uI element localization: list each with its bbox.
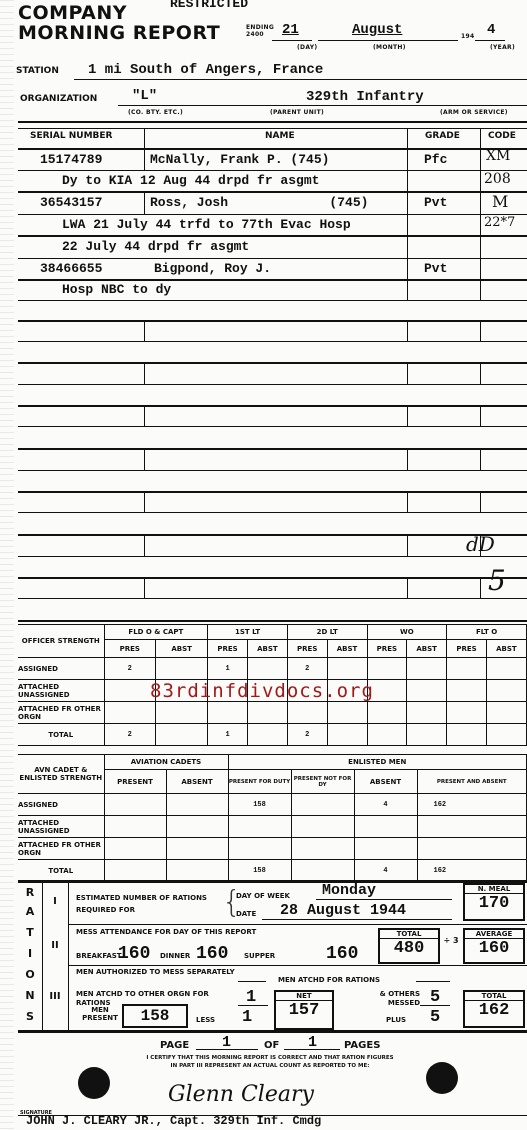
handwritten-signature: Glenn Cleary — [168, 1082, 314, 1107]
cell: 162 — [417, 860, 527, 882]
cell — [156, 658, 208, 680]
of-label: OF — [264, 1040, 279, 1051]
less-label: LESS — [196, 1016, 215, 1024]
sub-header: PRESENT NOT FOR DY — [291, 770, 354, 794]
cell: 162 — [417, 794, 527, 816]
soldier-name: McNally, Frank P. (745) — [150, 152, 329, 167]
section-i-number: I — [44, 896, 66, 907]
dinner-value: 160 — [196, 944, 228, 964]
cell: 1 — [208, 724, 248, 746]
sub-header: PRES — [104, 640, 156, 658]
morning-report-page: RESTRICTED COMPANY MORNING REPORT ENDING… — [0, 0, 527, 1130]
sub-header: PRESENT — [104, 770, 166, 794]
rations-required-label: ESTIMATED NUMBER OF RATIONS REQUIRED FOR — [76, 892, 216, 916]
row-label: ATTACHED UNASSIGNED — [18, 816, 104, 838]
side-letter: N — [22, 989, 38, 1002]
sub-header: ABSENT — [166, 770, 228, 794]
date-label: DATE — [236, 910, 256, 918]
sub-header: PRESENT FOR DUTY — [228, 770, 291, 794]
cell — [367, 658, 407, 680]
mess-separately-label: MEN AUTHORIZED TO MESS SEPARATELY — [76, 968, 236, 977]
others-messed-label: & OTHERS MESSED — [360, 990, 420, 1008]
report-day: 21 — [282, 22, 299, 38]
group-header: FLT O — [447, 625, 527, 640]
group-header: ENLISTED MEN — [228, 755, 527, 770]
plus-value: 5 — [430, 1008, 440, 1027]
code: 22*7 — [484, 215, 515, 230]
serial-number: 15174789 — [40, 152, 102, 167]
pages-label: PAGES — [344, 1040, 380, 1051]
average-value: 160 — [465, 939, 523, 958]
report-title-line1: COMPANY — [18, 2, 127, 24]
divide-by-3: ÷ 3 — [443, 936, 459, 945]
cell — [247, 658, 287, 680]
company-value: "L" — [132, 88, 157, 104]
col-grade-header: GRADE — [425, 131, 460, 141]
meals-label: N. MEAL — [465, 885, 523, 894]
watermark: 83rdinfdivdocs.org — [150, 680, 374, 702]
cell — [327, 724, 367, 746]
margin-note: dD — [466, 532, 495, 556]
group-header: FLD O & CAPT — [104, 625, 208, 640]
cell — [166, 794, 228, 816]
atchd-other-orgn-value: 1 — [246, 988, 256, 1007]
row-label: ASSIGNED — [18, 658, 104, 680]
remark-text: LWA 21 July 44 trfd to 77th Evac Hosp — [62, 217, 351, 232]
attendance-total-value: 480 — [380, 939, 438, 958]
enlisted-strength-title: AVN CADET & ENLISTED STRENGTH — [18, 755, 104, 794]
remark-text: Dy to KIA 12 Aug 44 drpd fr asgmt — [62, 173, 319, 188]
section-iii-number: III — [44, 991, 66, 1002]
group-header: 2D LT — [287, 625, 367, 640]
net-box: NET 157 — [274, 990, 334, 1030]
cell — [291, 794, 354, 816]
organization-label: ORGANIZATION — [20, 94, 97, 104]
day-of-week-label: DAY OF WEEK — [236, 892, 290, 900]
breakfast-value: 160 — [118, 944, 150, 964]
officer-strength-title: OFFICER STRENGTH — [18, 625, 104, 658]
meals-value: 170 — [465, 894, 523, 913]
enlisted-strength-table: AVN CADET & ENLISTED STRENGTH AVIATION C… — [18, 754, 527, 882]
cell: 1 — [208, 658, 248, 680]
parent-unit-value: 329th Infantry — [306, 89, 424, 105]
century-prefix: 194 — [461, 33, 474, 40]
cell — [156, 724, 208, 746]
cell: 4 — [354, 860, 417, 882]
sub-header: ABSENT — [354, 770, 417, 794]
sub-header: ABST — [156, 640, 208, 658]
page-number: 1 — [222, 1034, 231, 1051]
breakfast-label: BREAKFAST — [76, 952, 122, 960]
cell: 158 — [228, 794, 291, 816]
side-letter: O — [22, 968, 38, 981]
cell — [407, 724, 447, 746]
sub-header: ABST — [327, 640, 367, 658]
side-letter: A — [22, 905, 38, 918]
group-header: WO — [367, 625, 447, 640]
row-label: ATTACHED UNASSIGNED — [18, 680, 104, 702]
col-code-header: CODE — [488, 131, 516, 141]
net-label: NET — [276, 992, 332, 1001]
margin-note: 5 — [488, 564, 506, 597]
report-title-line2: MORNING REPORT — [18, 22, 220, 44]
total-label: TOTAL — [380, 930, 438, 939]
certification-statement: I CERTIFY THAT THIS MORNING REPORT IS CO… — [145, 1054, 395, 1070]
cell — [104, 794, 166, 816]
side-letter: R — [22, 886, 38, 899]
punch-hole-right — [426, 1062, 458, 1094]
men-present-box: 158 — [122, 1004, 188, 1028]
cell — [447, 658, 487, 680]
co-caption: (CO. BTY. ETC.) — [128, 109, 183, 116]
total-pages: 1 — [308, 1034, 317, 1051]
cell — [447, 724, 487, 746]
month-caption: (MONTH) — [373, 44, 406, 51]
cell — [486, 724, 526, 746]
sub-header: ABST — [486, 640, 526, 658]
ending-label: ENDING 2400 — [246, 24, 270, 38]
col-serial-header: SERIAL NUMBER — [30, 131, 112, 141]
cell: 2 — [104, 658, 156, 680]
row-label: TOTAL — [18, 724, 104, 746]
meals-box: N. MEAL 170 — [463, 883, 525, 921]
cell — [407, 658, 447, 680]
officer-row-assigned: ASSIGNED 2 1 2 — [18, 658, 527, 680]
grade: Pvt — [424, 195, 447, 210]
plus-label: PLUS — [386, 1016, 406, 1024]
sub-header: PRES — [208, 640, 248, 658]
average-box: AVERAGE 160 — [463, 928, 525, 964]
enlisted-row-attached-other: ATTACHED FR OTHER ORGN — [18, 838, 527, 860]
enlisted-row-attached-unassigned: ATTACHED UNASSIGNED — [18, 816, 527, 838]
cell: 4 — [354, 794, 417, 816]
sub-header: PRES — [447, 640, 487, 658]
classification-stamp: RESTRICTED — [170, 0, 248, 11]
cell: 2 — [287, 724, 327, 746]
others-messed-value: 5 — [430, 988, 440, 1007]
men-present-value: 158 — [124, 1006, 186, 1026]
remark-text: 22 July 44 drpd fr asgmt — [62, 239, 249, 254]
mess-attendance-label: MESS ATTENDANCE FOR DAY OF THIS REPORT — [76, 928, 256, 936]
cell — [327, 658, 367, 680]
atchd-for-rations-label: MEN ATCHD FOR RATIONS — [278, 976, 380, 984]
serial-number: 38466655 — [40, 261, 102, 276]
year-caption: (YEAR) — [490, 44, 515, 51]
side-letter: S — [22, 1010, 38, 1023]
grade: Pfc — [424, 152, 447, 167]
arm-caption: (ARM OR SERVICE) — [440, 109, 508, 116]
men-present-label: MEN PRESENT — [80, 1006, 120, 1022]
cell — [166, 860, 228, 882]
supper-label: SUPPER — [244, 952, 275, 960]
ration-date-value: 28 August 1944 — [280, 902, 406, 919]
row-label: TOTAL — [18, 860, 104, 882]
sub-header: PRESENT AND ABSENT — [417, 770, 527, 794]
cell: 2 — [287, 658, 327, 680]
cell: 2 — [104, 724, 156, 746]
grade: Pvt — [424, 261, 447, 276]
cell: 158 — [228, 860, 291, 882]
sub-header: PRES — [367, 640, 407, 658]
attendance-total-box: TOTAL 480 — [378, 928, 440, 964]
sub-header: PRES — [287, 640, 327, 658]
enlisted-row-assigned: ASSIGNED 158 4 162 — [18, 794, 527, 816]
day-of-week-value: Monday — [322, 882, 376, 899]
punch-hole-left — [78, 1067, 110, 1099]
code: XM — [486, 148, 510, 164]
net-value: 157 — [276, 1001, 332, 1020]
sub-header: ABST — [407, 640, 447, 658]
group-header: AVIATION CADETS — [104, 755, 228, 770]
less-value: 1 — [242, 1008, 252, 1027]
scan-noise — [0, 0, 14, 1130]
remark-text: Hosp NBC to dy — [62, 282, 171, 297]
group-header: 1ST LT — [208, 625, 288, 640]
side-letter: I — [22, 947, 38, 960]
station-label: STATION — [16, 66, 59, 76]
enlisted-row-total: TOTAL 158 4 162 — [18, 860, 527, 882]
serial-number: 36543157 — [40, 195, 102, 210]
rations-total-value: 162 — [465, 1001, 523, 1020]
cell — [247, 724, 287, 746]
soldier-name: Ross, Josh (745) — [150, 195, 368, 210]
row-label: ASSIGNED — [18, 794, 104, 816]
rations-total-box: TOTAL 162 — [463, 990, 525, 1028]
sub-header: ABST — [247, 640, 287, 658]
row-label: ATTACHED FR OTHER ORGN — [18, 702, 104, 724]
code: 208 — [484, 171, 511, 187]
row-label: ATTACHED FR OTHER ORGN — [18, 838, 104, 860]
col-name-header: NAME — [265, 131, 295, 141]
average-label: AVERAGE — [465, 930, 523, 939]
side-letter: T — [22, 926, 38, 939]
signer-name: JOHN J. CLEARY JR., Capt. 329th Inf. Cmd… — [26, 1114, 321, 1128]
dinner-label: DINNER — [160, 952, 190, 960]
total-label: TOTAL — [465, 992, 523, 1001]
station-value: 1 mi South of Angers, France — [88, 62, 323, 78]
report-month: August — [352, 22, 402, 38]
day-caption: (DAY) — [297, 44, 317, 51]
cell — [104, 860, 166, 882]
soldier-name: Bigpond, Roy J. — [154, 261, 271, 276]
section-ii-number: II — [44, 940, 66, 951]
page-label: PAGE — [160, 1040, 189, 1051]
cell — [291, 860, 354, 882]
officer-row-total: TOTAL 2 1 2 — [18, 724, 527, 746]
report-year: 4 — [487, 22, 495, 38]
cell — [367, 724, 407, 746]
code: M — [492, 192, 508, 211]
officer-row-attached-other: ATTACHED FR OTHER ORGN — [18, 702, 527, 724]
cell — [486, 658, 526, 680]
parent-caption: (PARENT UNIT) — [270, 109, 324, 116]
supper-value: 160 — [326, 944, 358, 964]
